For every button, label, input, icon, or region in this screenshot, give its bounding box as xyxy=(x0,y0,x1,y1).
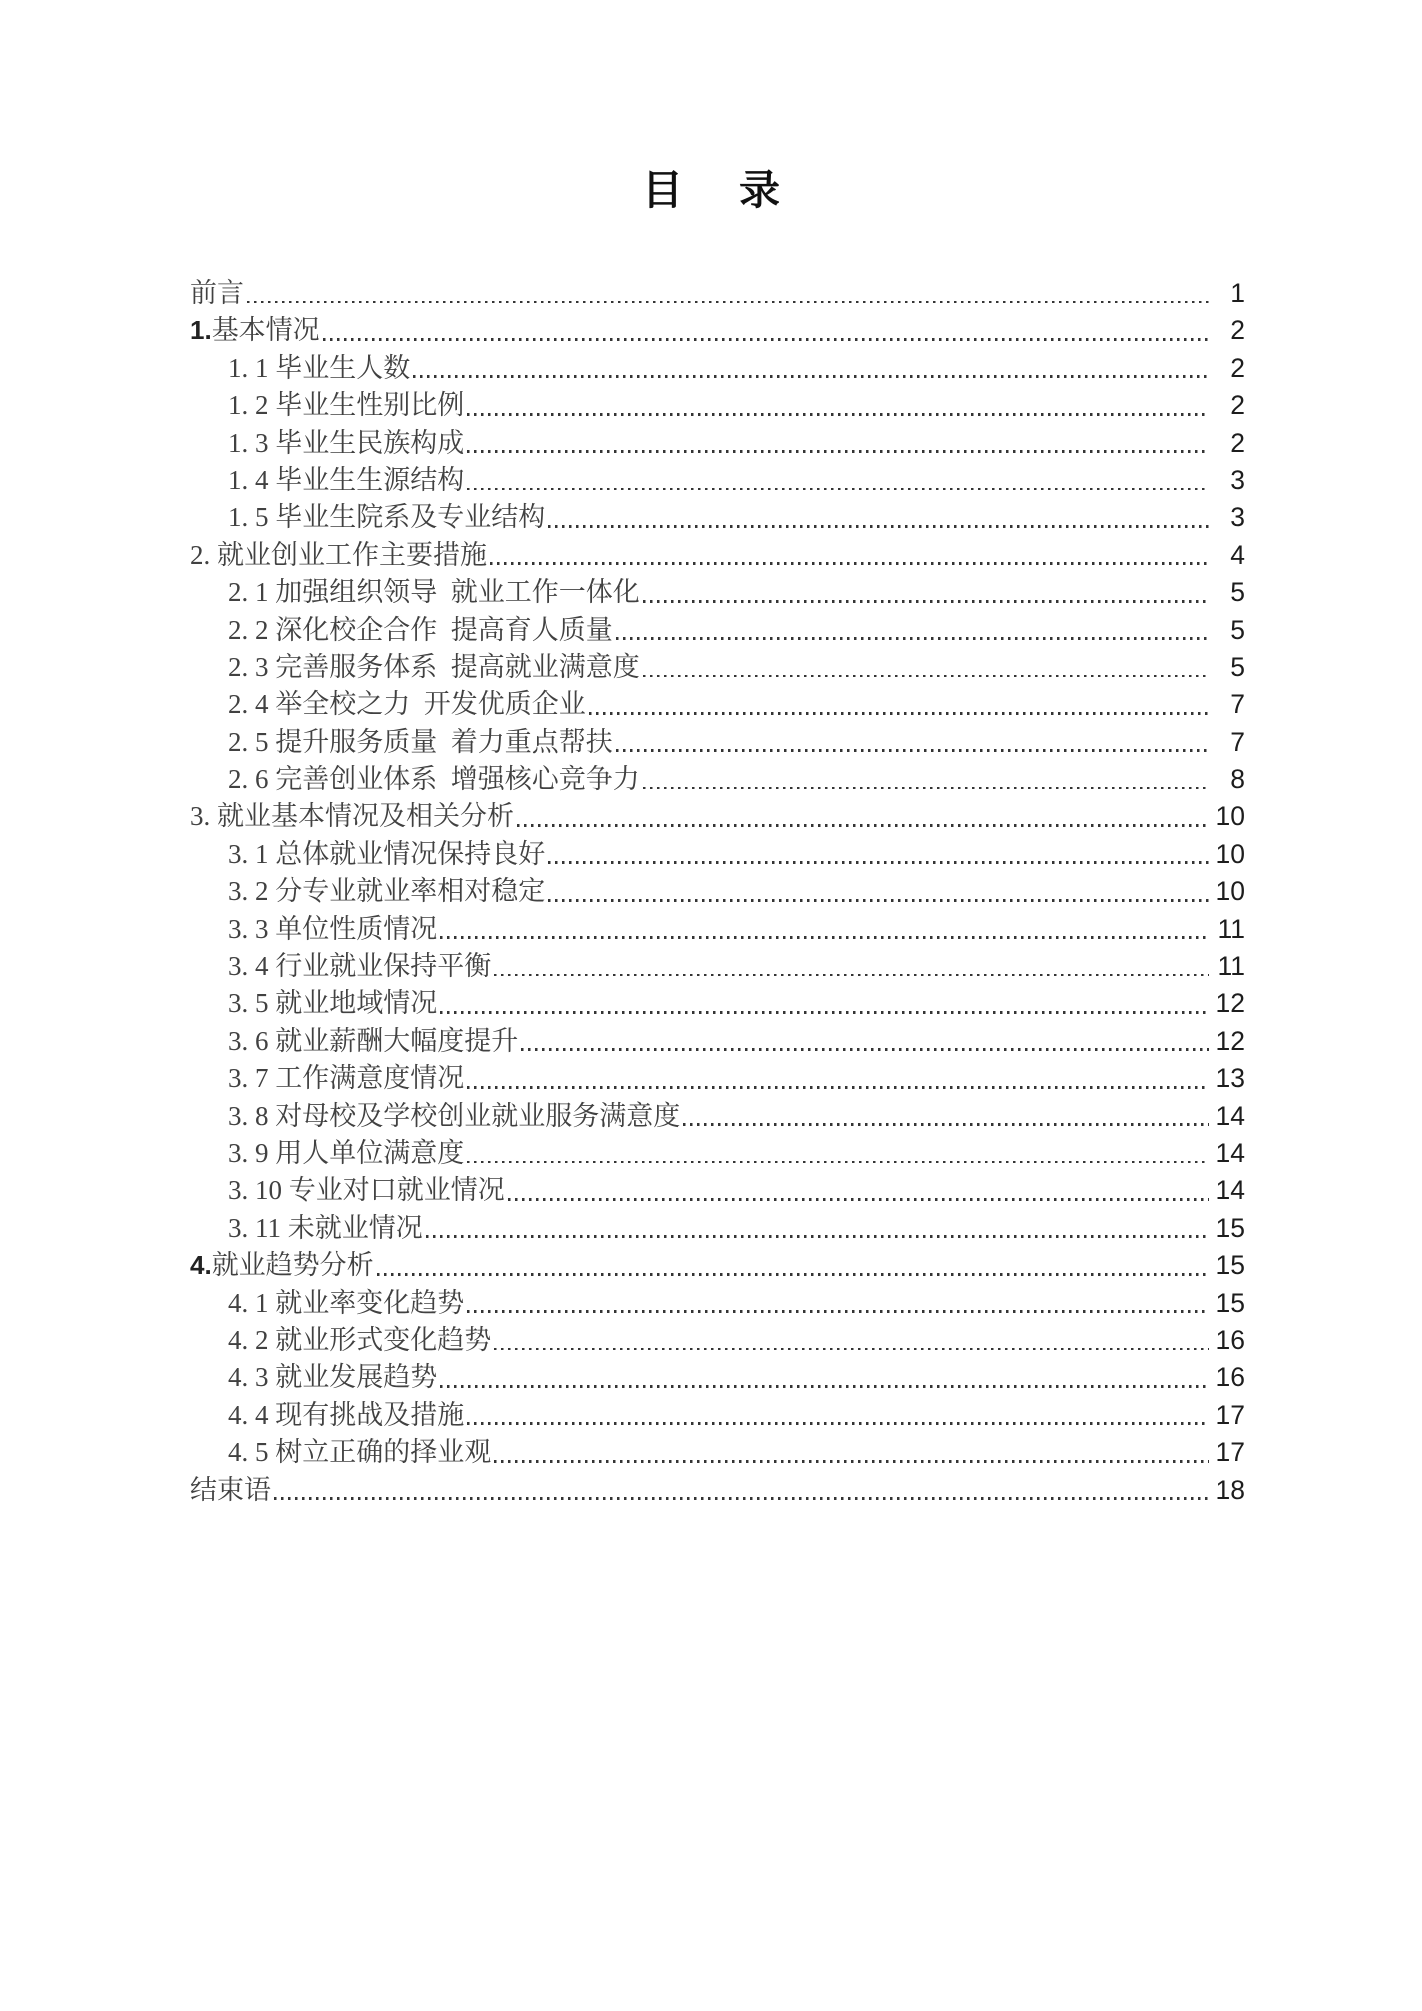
toc-page-number: 3 xyxy=(1213,462,1245,499)
toc-entry-label: 1. 1 毕业生人数 xyxy=(228,350,410,387)
dotted-leader xyxy=(683,1123,1209,1126)
toc-entry[interactable]: 2. 就业创业工作主要措施 4 xyxy=(190,537,1245,574)
toc-entry[interactable]: 3. 4 行业就业保持平衡 11 xyxy=(190,948,1245,985)
toc-page-number: 8 xyxy=(1213,761,1245,798)
toc-entry-label: 1. 3 毕业生民族构成 xyxy=(228,425,464,462)
toc-entry-label: 3. 7 工作满意度情况 xyxy=(228,1060,464,1097)
toc-page-number: 17 xyxy=(1213,1434,1245,1471)
toc-entry-label: 1.基本情况 xyxy=(190,312,320,349)
toc-page-number: 13 xyxy=(1213,1060,1245,1097)
toc-page-number: 5 xyxy=(1213,612,1245,649)
toc-page-number: 16 xyxy=(1213,1359,1245,1396)
toc-page-number: 5 xyxy=(1213,649,1245,686)
toc-entry-label: 前言 xyxy=(190,275,244,312)
toc-list: 前言 1 1.基本情况 2 1. 1 毕业生人数 2 1. 2 毕业生性别比例 … xyxy=(190,275,1245,1509)
toc-entry-label: 3. 8 对母校及学校创业就业服务满意度 xyxy=(228,1098,680,1135)
toc-entry-label: 4. 2 就业形式变化趋势 xyxy=(228,1322,491,1359)
toc-entry[interactable]: 4.就业趋势分析 15 xyxy=(190,1247,1245,1284)
toc-page-number: 10 xyxy=(1213,873,1245,910)
toc-page-number: 7 xyxy=(1213,724,1245,761)
toc-page-number: 2 xyxy=(1213,425,1245,462)
toc-entry-label: 3. 5 就业地域情况 xyxy=(228,985,437,1022)
toc-page-number: 14 xyxy=(1213,1098,1245,1135)
toc-entry[interactable]: 3. 2 分专业就业率相对稳定 10 xyxy=(190,873,1245,910)
page-title: 目 录 xyxy=(0,170,1422,211)
toc-page-number: 7 xyxy=(1213,686,1245,723)
toc-entry[interactable]: 3. 8 对母校及学校创业就业服务满意度 14 xyxy=(190,1098,1245,1135)
toc-page-number: 15 xyxy=(1213,1210,1245,1247)
toc-entry-label: 2. 4 举全校之力 开发优质企业 xyxy=(228,686,586,723)
dotted-leader xyxy=(643,600,1209,603)
toc-entry[interactable]: 3. 6 就业薪酬大幅度提升 12 xyxy=(190,1023,1245,1060)
toc-entry-label: 2. 6 完善创业体系 增强核心竞争力 xyxy=(228,761,640,798)
dotted-leader xyxy=(643,787,1209,790)
toc-entry-label: 3. 11 未就业情况 xyxy=(228,1210,423,1247)
toc-page-number: 15 xyxy=(1213,1247,1245,1284)
toc-entry-label: 2. 3 完善服务体系 提高就业满意度 xyxy=(228,649,640,686)
toc-entry[interactable]: 结束语 18 xyxy=(190,1472,1245,1509)
toc-entry[interactable]: 3. 1 总体就业情况保持良好 10 xyxy=(190,836,1245,873)
toc-entry[interactable]: 1. 4 毕业生生源结构 3 xyxy=(190,462,1245,499)
toc-page-number: 12 xyxy=(1213,985,1245,1022)
dotted-leader xyxy=(467,488,1209,491)
dotted-leader xyxy=(274,1497,1209,1500)
toc-page-number: 10 xyxy=(1213,798,1245,835)
toc-entry[interactable]: 3. 11 未就业情况 15 xyxy=(190,1210,1245,1247)
dotted-leader xyxy=(467,1086,1209,1089)
dotted-leader xyxy=(440,1385,1209,1388)
toc-entry[interactable]: 3. 就业基本情况及相关分析 10 xyxy=(190,798,1245,835)
dotted-leader xyxy=(643,675,1209,678)
toc-page-number: 12 xyxy=(1213,1023,1245,1060)
toc-page-number: 14 xyxy=(1213,1172,1245,1209)
toc-entry[interactable]: 4. 2 就业形式变化趋势 16 xyxy=(190,1322,1245,1359)
toc-entry-label: 2. 5 提升服务质量 着力重点帮扶 xyxy=(228,724,613,761)
toc-entry-label: 3. 9 用人单位满意度 xyxy=(228,1135,464,1172)
toc-entry-number: 4. xyxy=(190,1250,212,1280)
toc-entry-label: 3. 10 专业对口就业情况 xyxy=(228,1172,505,1209)
dotted-leader xyxy=(323,338,1209,341)
toc-entry[interactable]: 1. 1 毕业生人数 2 xyxy=(190,350,1245,387)
toc-entry[interactable]: 3. 5 就业地域情况 12 xyxy=(190,985,1245,1022)
dotted-leader xyxy=(467,1161,1209,1164)
toc-entry-label: 2. 2 深化校企合作 提高育人质量 xyxy=(228,612,613,649)
dotted-leader xyxy=(616,637,1209,640)
toc-entry[interactable]: 1. 5 毕业生院系及专业结构 3 xyxy=(190,499,1245,536)
toc-entry[interactable]: 2. 1 加强组织领导 就业工作一体化 5 xyxy=(190,574,1245,611)
toc-page-number: 1 xyxy=(1213,275,1245,312)
toc-entry[interactable]: 2. 3 完善服务体系 提高就业满意度 5 xyxy=(190,649,1245,686)
toc-page-number: 3 xyxy=(1213,499,1245,536)
toc-entry-label: 3. 1 总体就业情况保持良好 xyxy=(228,836,545,873)
dotted-leader xyxy=(517,824,1209,827)
dotted-leader xyxy=(548,525,1209,528)
dotted-leader xyxy=(467,413,1209,416)
toc-page-number: 2 xyxy=(1213,387,1245,424)
toc-entry-label: 2. 就业创业工作主要措施 xyxy=(190,537,487,574)
toc-entry-label: 4. 5 树立正确的择业观 xyxy=(228,1434,491,1471)
toc-entry-label: 1. 4 毕业生生源结构 xyxy=(228,462,464,499)
toc-entry-label: 结束语 xyxy=(190,1472,271,1509)
toc-entry-label: 3. 6 就业薪酬大幅度提升 xyxy=(228,1023,518,1060)
toc-page-number: 17 xyxy=(1213,1397,1245,1434)
toc-page-number: 18 xyxy=(1213,1472,1245,1509)
toc-entry[interactable]: 1. 3 毕业生民族构成 2 xyxy=(190,425,1245,462)
toc-entry[interactable]: 4. 4 现有挑战及措施 17 xyxy=(190,1397,1245,1434)
toc-entry-number: 1. xyxy=(190,315,212,345)
dotted-leader xyxy=(521,1048,1209,1051)
toc-entry-label: 3. 2 分专业就业率相对稳定 xyxy=(228,873,545,910)
toc-entry-label: 4. 4 现有挑战及措施 xyxy=(228,1397,464,1434)
toc-entry-label: 3. 4 行业就业保持平衡 xyxy=(228,948,491,985)
toc-entry[interactable]: 前言 1 xyxy=(190,275,1245,312)
dotted-leader xyxy=(440,936,1209,939)
toc-entry[interactable]: 1. 2 毕业生性别比例 2 xyxy=(190,387,1245,424)
dotted-leader xyxy=(589,712,1209,715)
toc-entry-label: 1. 5 毕业生院系及专业结构 xyxy=(228,499,545,536)
toc-page-number: 11 xyxy=(1213,948,1245,985)
page-title-char-2: 录 xyxy=(739,170,780,211)
toc-page-number: 2 xyxy=(1213,350,1245,387)
toc-entry[interactable]: 3. 3 单位性质情况 11 xyxy=(190,911,1245,948)
dotted-leader xyxy=(413,375,1209,378)
dotted-leader xyxy=(467,450,1209,453)
toc-page-number: 14 xyxy=(1213,1135,1245,1172)
dotted-leader xyxy=(508,1198,1209,1201)
toc-page-number: 5 xyxy=(1213,574,1245,611)
toc-entry[interactable]: 2. 4 举全校之力 开发优质企业 7 xyxy=(190,686,1245,723)
dotted-leader xyxy=(467,1310,1209,1313)
toc-entry-label: 2. 1 加强组织领导 就业工作一体化 xyxy=(228,574,640,611)
dotted-leader xyxy=(377,1273,1209,1276)
dotted-leader xyxy=(494,974,1209,977)
dotted-leader xyxy=(440,1011,1209,1014)
toc-page-number: 15 xyxy=(1213,1285,1245,1322)
dotted-leader xyxy=(467,1422,1209,1425)
toc-entry[interactable]: 3. 10 专业对口就业情况 14 xyxy=(190,1172,1245,1209)
page-title-char-1: 目 xyxy=(642,170,683,211)
toc-entry[interactable]: 2. 2 深化校企合作 提高育人质量 5 xyxy=(190,612,1245,649)
toc-entry-label: 4. 3 就业发展趋势 xyxy=(228,1359,437,1396)
toc-entry-label: 3. 3 单位性质情况 xyxy=(228,911,437,948)
toc-entry[interactable]: 3. 7 工作满意度情况 13 xyxy=(190,1060,1245,1097)
dotted-leader xyxy=(548,861,1209,864)
dotted-leader xyxy=(490,562,1209,565)
toc-entry-label: 1. 2 毕业生性别比例 xyxy=(228,387,464,424)
toc-entry-label: 4. 1 就业率变化趋势 xyxy=(228,1285,464,1322)
dotted-leader xyxy=(616,749,1209,752)
dotted-leader xyxy=(548,899,1209,902)
toc-entry[interactable]: 4. 1 就业率变化趋势 15 xyxy=(190,1285,1245,1322)
toc-page-number: 2 xyxy=(1213,312,1245,349)
dotted-leader xyxy=(426,1235,1209,1238)
dotted-leader xyxy=(247,301,1209,304)
toc-entry[interactable]: 4. 3 就业发展趋势 16 xyxy=(190,1359,1245,1396)
toc-page-number: 11 xyxy=(1213,911,1245,948)
toc-entry[interactable]: 2. 5 提升服务质量 着力重点帮扶 7 xyxy=(190,724,1245,761)
toc-entry[interactable]: 3. 9 用人单位满意度 14 xyxy=(190,1135,1245,1172)
dotted-leader xyxy=(494,1460,1209,1463)
dotted-leader xyxy=(494,1348,1209,1351)
toc-entry-label: 3. 就业基本情况及相关分析 xyxy=(190,798,514,835)
toc-page-number: 16 xyxy=(1213,1322,1245,1359)
document-page: 目 录 前言 1 1.基本情况 2 1. 1 毕业生人数 2 1. 2 毕业生性… xyxy=(0,0,1422,2011)
toc-entry[interactable]: 1.基本情况 2 xyxy=(190,312,1245,349)
toc-page-number: 10 xyxy=(1213,836,1245,873)
toc-entry[interactable]: 2. 6 完善创业体系 增强核心竞争力 8 xyxy=(190,761,1245,798)
toc-entry-label: 4.就业趋势分析 xyxy=(190,1247,374,1284)
toc-page-number: 4 xyxy=(1213,537,1245,574)
toc-entry[interactable]: 4. 5 树立正确的择业观 17 xyxy=(190,1434,1245,1471)
